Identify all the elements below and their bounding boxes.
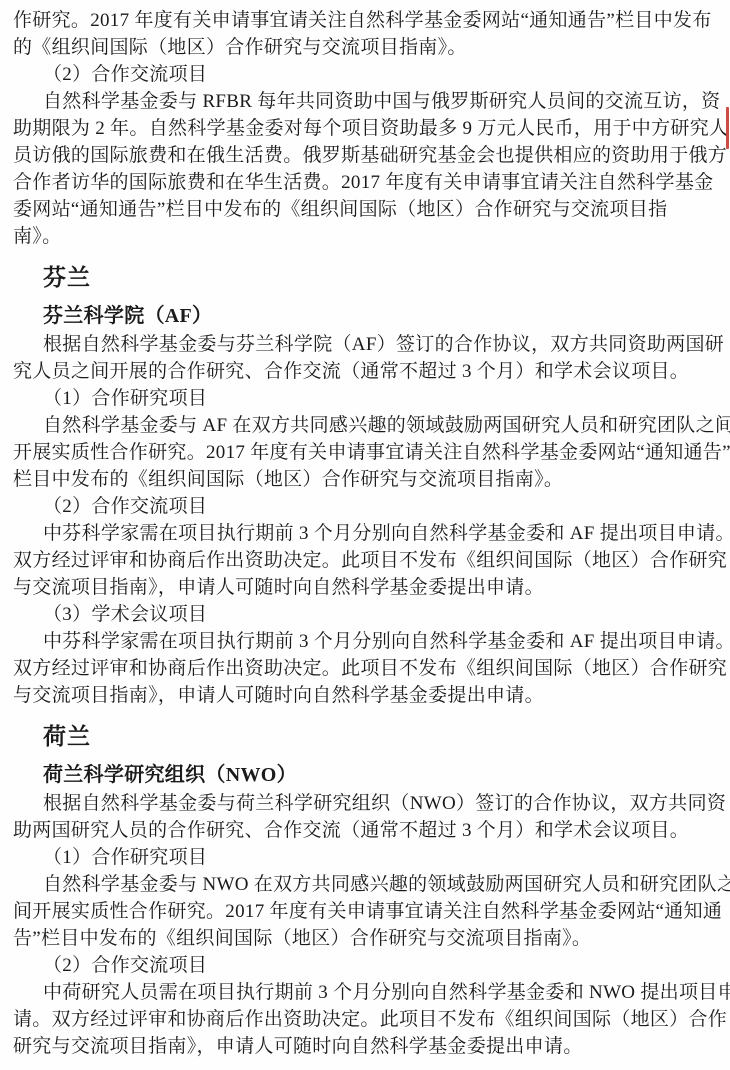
document-page: 作研究。2017 年度有关申请事宜请关注自然科学基金委网站“通知通告”栏目中发布… [0, 0, 730, 1070]
text-line: 自然科学基金委与 AF 在双方共同感兴趣的领域鼓励两国研究人员和研究团队之间 [13, 412, 724, 439]
text-line: 自然科学基金委与 RFBR 每年共同资助中国与俄罗斯研究人员间的交流互访，资 [13, 88, 724, 115]
text-line: 间开展实质性合作研究。2017 年度有关申请事宜请关注自然科学基金委网站“通知通 [13, 898, 724, 925]
text-line: 双方经过评审和协商后作出资助决定。此项目不发布《组织间国际（地区）合作研究 [13, 547, 724, 574]
text-line: 研究与交流项目指南》，申请人可随时向自然科学基金委提出申请。 [13, 1033, 724, 1060]
text-line: 根据自然科学基金委与芬兰科学院（AF）签订的合作协议，双方共同资助两国研 [13, 331, 724, 358]
text-line: （1）合作研究项目 [13, 385, 724, 412]
text-line: 委网站“通知通告”栏目中发布的《组织间国际（地区）合作研究与交流项目指 [13, 196, 724, 223]
text-line: 荷兰科学研究组织（NWO） [13, 761, 724, 789]
text-line: （2）合作交流项目 [13, 952, 724, 979]
text-line: 助两国研究人员的合作研究、合作交流（通常不超过 3 个月）和学术会议项目。 [13, 817, 724, 844]
text-line: 与交流项目指南》，申请人可随时向自然科学基金委提出申请。 [13, 682, 724, 709]
text-line: 中芬科学家需在项目执行期前 3 个月分别向自然科学基金委和 AF 提出项目申请。 [13, 628, 724, 655]
text-line: （2）合作交流项目 [13, 493, 724, 520]
text-line: 栏目中发布的《组织间国际（地区）合作研究与交流项目指南》。 [13, 466, 724, 493]
text-line: 芬兰 [13, 263, 724, 293]
text-line: 究人员之间开展的合作研究、合作交流（通常不超过 3 个月）和学术会议项目。 [13, 358, 724, 385]
text-line: 作研究。2017 年度有关申请事宜请关注自然科学基金委网站“通知通告”栏目中发布 [13, 7, 724, 34]
text-line: 中荷研究人员需在项目执行期前 3 个月分别向自然科学基金委和 NWO 提出项目申 [13, 979, 724, 1006]
text-line: 开展实质性合作研究。2017 年度有关申请事宜请关注自然科学基金委网站“通知通告… [13, 439, 724, 466]
text-line: 自然科学基金委与 NWO 在双方共同感兴趣的领域鼓励两国研究人员和研究团队之 [13, 871, 724, 898]
text-line: 南》。 [13, 223, 724, 250]
text-line: （2）合作交流项目 [13, 61, 724, 88]
text-line: 合作者访华的国际旅费和在华生活费。2017 年度有关申请事宜请关注自然科学基金 [13, 169, 724, 196]
text-line: （3）学术会议项目 [13, 601, 724, 628]
text-line: 的《组织间国际（地区）合作研究与交流项目指南》。 [13, 34, 724, 61]
text-line: （1）合作研究项目 [13, 844, 724, 871]
document-content: 作研究。2017 年度有关申请事宜请关注自然科学基金委网站“通知通告”栏目中发布… [0, 0, 730, 1060]
text-line: 员访俄的国际旅费和在俄生活费。俄罗斯基础研究基金会也提供相应的资助用于俄方 [13, 142, 724, 169]
text-line: 中芬科学家需在项目执行期前 3 个月分别向自然科学基金委和 AF 提出项目申请。 [13, 520, 724, 547]
text-line: 助期限为 2 年。自然科学基金委对每个项目资助最多 9 万元人民币，用于中方研究… [13, 115, 724, 142]
text-line: 根据自然科学基金委与荷兰科学研究组织（NWO）签订的合作协议，双方共同资 [13, 790, 724, 817]
text-line: 告”栏目中发布的《组织间国际（地区）合作研究与交流项目指南》。 [13, 925, 724, 952]
text-line: 双方经过评审和协商后作出资助决定。此项目不发布《组织间国际（地区）合作研究 [13, 655, 724, 682]
text-line: 请。双方经过评审和协商后作出资助决定。此项目不发布《组织间国际（地区）合作 [13, 1006, 724, 1033]
text-line: 芬兰科学院（AF） [13, 302, 724, 330]
text-line: 荷兰 [13, 722, 724, 752]
red-margin-mark [726, 107, 729, 149]
text-line: 与交流项目指南》，申请人可随时向自然科学基金委提出申请。 [13, 574, 724, 601]
